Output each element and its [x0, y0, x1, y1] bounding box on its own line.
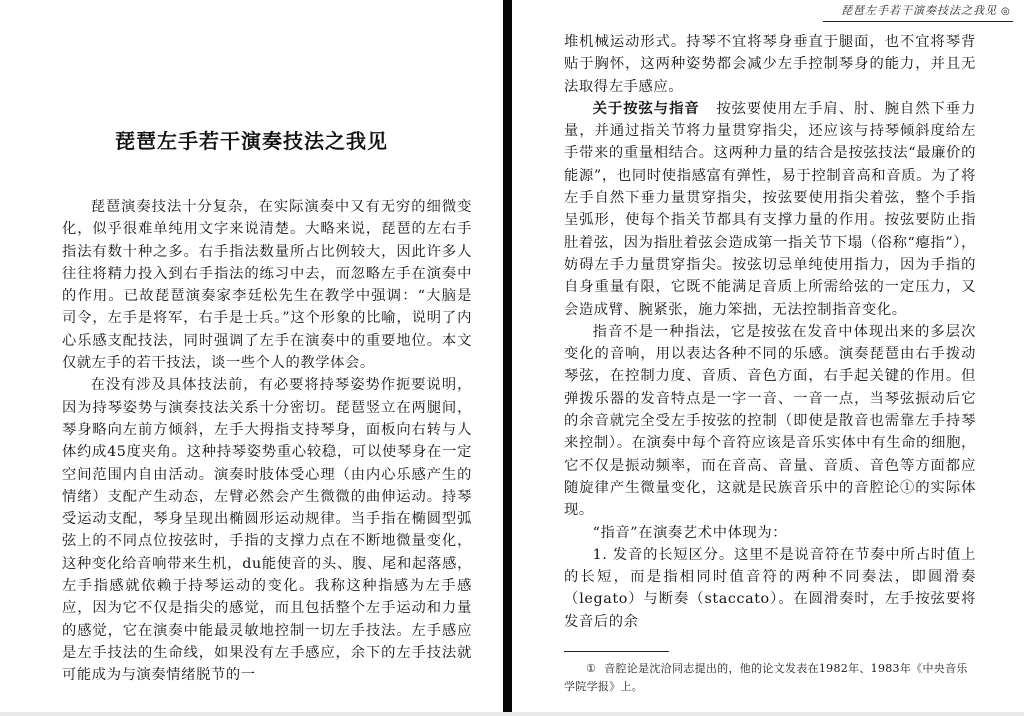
footnote: ①音腔论是沈洽同志提出的，他的论文发表在1982年、1983年《中央音乐学院学报… [564, 660, 976, 696]
paragraph: “指音”在演奏艺术中体现为： [564, 522, 976, 544]
paragraph: 指音不是一种指法，它是按弦在发音中体现出来的多层次变化的音响，用以表达各种不同的… [564, 321, 976, 522]
running-head: 琵琶左手若干演奏技法之我见◎ [823, 2, 1013, 22]
bottom-edge [0, 712, 1024, 716]
paragraph: 堆机械运动形式。持琴不宜将琴身垂直于腿面，也不宜将琴背贴于胸怀，这两种姿势都会减… [564, 31, 976, 98]
footnote-text: 音腔论是沈洽同志提出的，他的论文发表在1982年、1983年《中央音乐学院学报》… [564, 662, 968, 693]
paragraph: 琵琶演奏技法十分复杂，在实际演奏中又有无穷的细微变化，似乎很难单纯用文字来说清楚… [62, 196, 472, 374]
left-page: 琵琶左手若干演奏技法之我见 琵琶演奏技法十分复杂，在实际演奏中又有无穷的细微变化… [0, 0, 503, 712]
book-spine-divider [503, 0, 512, 716]
footnote-rule [564, 651, 669, 652]
paragraph: 在没有涉及具体技法前，有必要将持琴姿势作扼要说明，因为持琴姿势与演奏技法关系十分… [62, 374, 472, 686]
right-body-text: 堆机械运动形式。持琴不宜将琴身垂直于腿面，也不宜将琴背贴于胸怀，这两种姿势都会减… [564, 31, 976, 633]
section-heading: 关于按弦与指音 [593, 101, 700, 117]
article-title: 琵琶左手若干演奏技法之我见 [0, 125, 503, 154]
paragraph: 1. 发音的长短区分。这里不是说音符在节奏中所占时值上的长短，而是指相同时值音符… [564, 544, 976, 633]
paragraph-with-heading: 关于按弦与指音 按弦要使用左手肩、肘、腕自然下垂力量，并通过指关节将力量贯穿指尖… [564, 98, 976, 321]
section-text: 按弦要使用左手肩、肘、腕自然下垂力量，并通过指关节将力量贯穿指尖，还应该与持琴倾… [564, 101, 976, 318]
running-head-text: 琵琶左手若干演奏技法之我见 [841, 4, 997, 17]
left-body-text: 琵琶演奏技法十分复杂，在实际演奏中又有无穷的细微变化，似乎很难单纯用文字来说清楚… [62, 196, 472, 687]
footnote-marker: ① [586, 662, 596, 675]
circle-mark-icon: ◎ [1001, 6, 1011, 17]
